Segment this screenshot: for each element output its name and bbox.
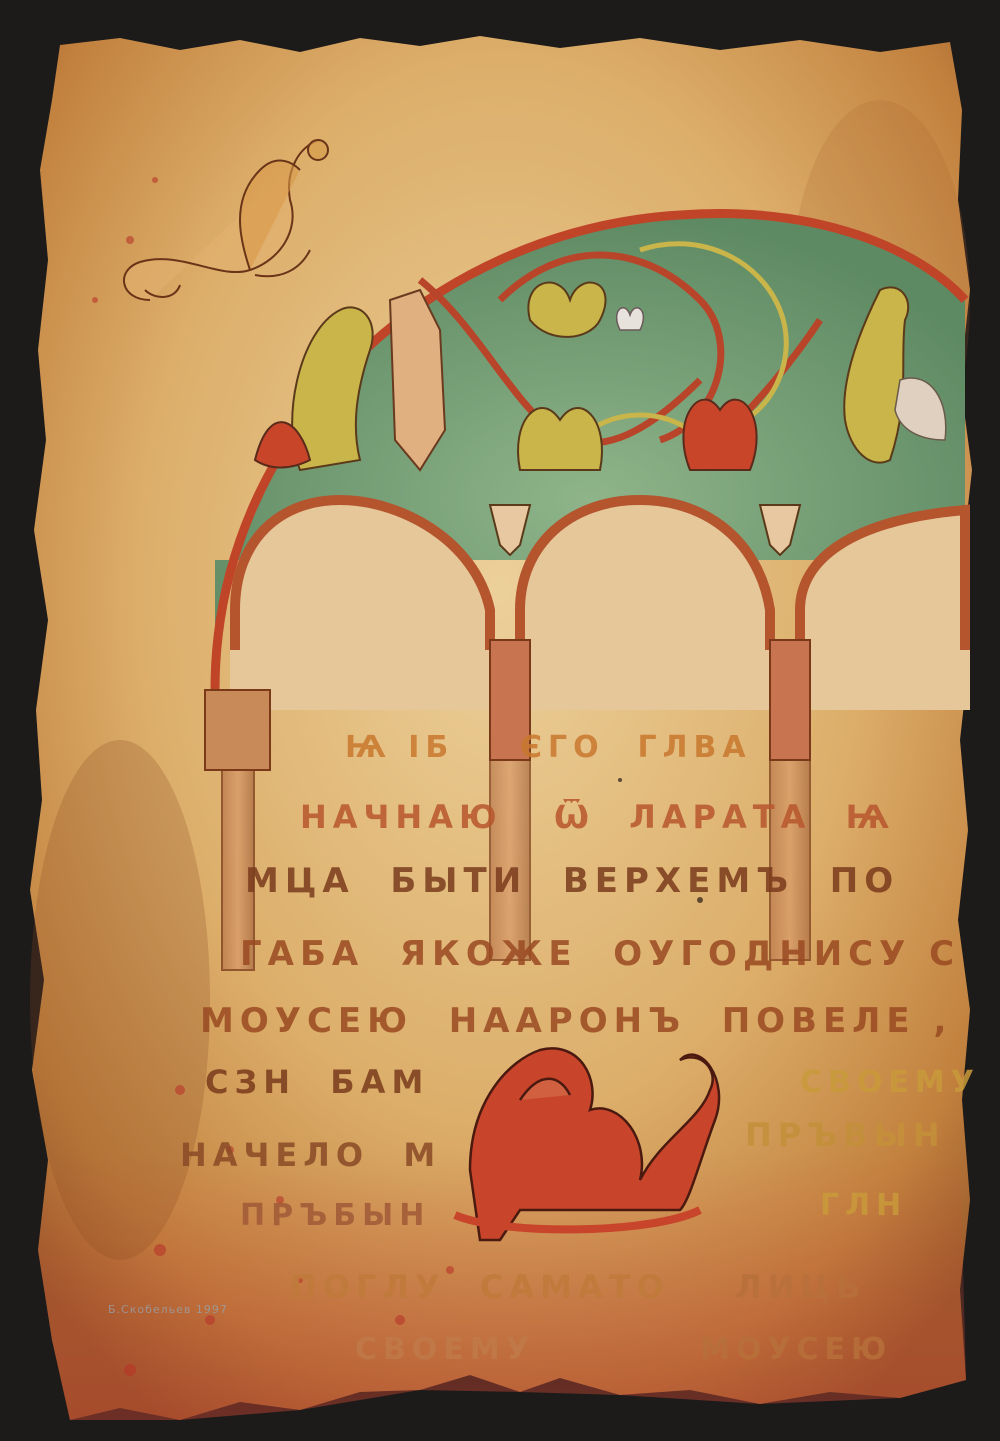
manuscript-line: ЛИЦЬ — [735, 1268, 866, 1306]
manuscript-line: СВОЕМУ — [355, 1332, 535, 1367]
manuscript-line: СЗН БАМ — [205, 1063, 429, 1101]
red-palmette — [683, 400, 756, 470]
manuscript-painting — [0, 0, 1000, 1441]
manuscript-line: ГЛН — [820, 1188, 907, 1223]
manuscript-line: МОУСЕЮ — [700, 1332, 892, 1367]
manuscript-line: Ѩ ІБ ЄГО ГЛВА — [345, 730, 752, 765]
manuscript-line: ПОГЛУ САМАТО — [290, 1268, 670, 1306]
manuscript-line: ПРЪВЫН — [745, 1116, 946, 1154]
manuscript-line: НАЧНАЮ Ѿ ЛАРАТА Ѩ — [300, 798, 895, 836]
manuscript-line: ПРЪБЫН — [240, 1198, 430, 1233]
manuscript-line: МОУСЕЮ НААРОНЪ ПОВЕЛЕ , — [200, 1001, 952, 1041]
manuscript-line: МЦА БЫТИ ВЕРХЕМЪ ПО — [245, 861, 899, 901]
manuscript-line: СВОЕМУ — [800, 1065, 980, 1100]
artist-signature: Б.Скобельев 1997 — [108, 1303, 228, 1316]
manuscript-line: ГАБА ЯКОЖЕ ОУГОДНИСУ С — [240, 934, 960, 974]
manuscript-line: НАЧЕЛО М — [180, 1136, 441, 1174]
